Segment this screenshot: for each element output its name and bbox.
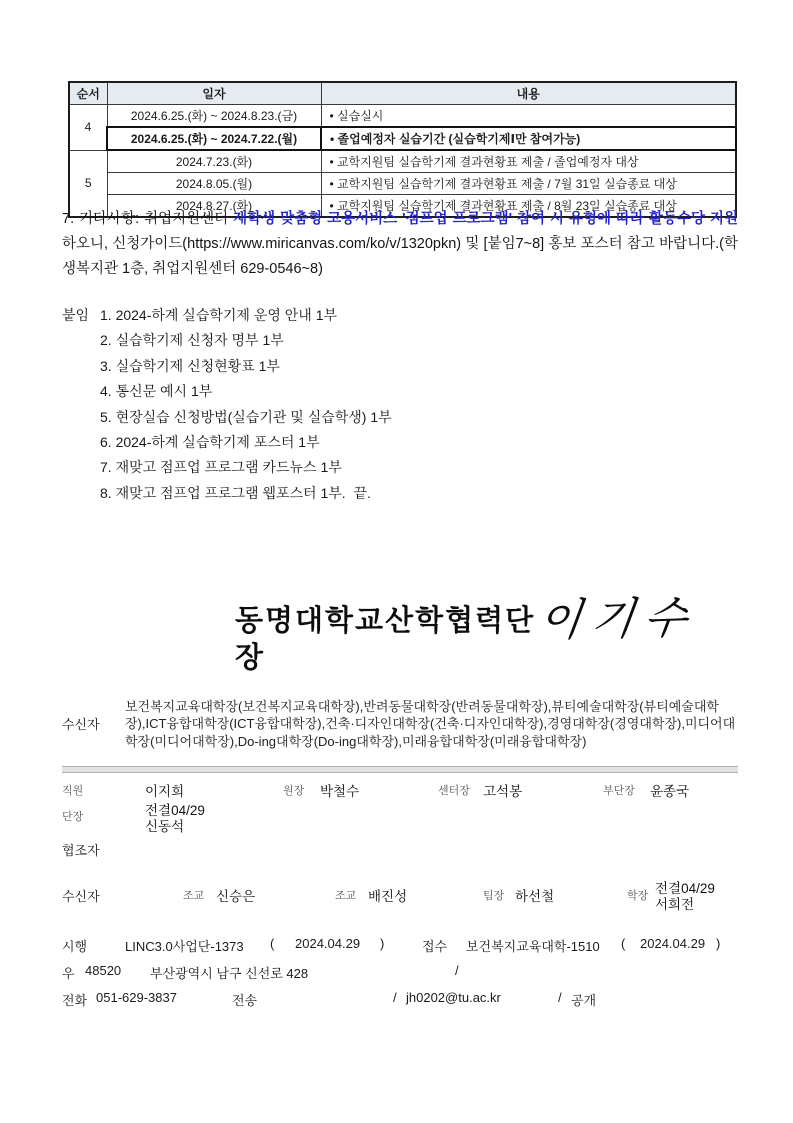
approval-name: 서희전 [655,893,694,913]
paren: ( [621,936,625,951]
content-cell: • 교학지원팀 실습학기제 결과현황표 제출 / 졸업예정자 대상 [321,150,736,173]
content-cell: • 실습실시 [321,105,736,128]
content-cell: • 교학지원팀 실습학기제 결과현황표 제출 / 7월 31일 실습종료 대상 [321,173,736,195]
slash: / [393,990,397,1005]
table-row: 2024.8.05.(월) • 교학지원팀 실습학기제 결과현황표 제출 / 7… [69,173,736,195]
recipients-block: 수신자 보건복지교육대학장(보건복지교육대학장),반려동물대학장(반려동물대학장… [62,698,738,750]
attachment-item: 7. 재맞고 점프업 프로그램 카드뉴스 1부 [100,455,392,480]
approval-role: 팀장 [483,887,504,903]
fax-label: 전송 [232,990,257,1009]
handwritten-signature: 이기수 [536,597,699,644]
date-cell: 2024.6.25.(화) ~ 2024.7.22.(월) [107,127,321,150]
phone-number: 051-629-3837 [96,990,177,1005]
approval-role: 학장 [627,887,648,903]
approval-name: 박철수 [320,780,359,800]
col-header-content: 내용 [321,82,736,105]
order-cell: 4 [69,105,107,151]
approval-role: 원장 [283,782,304,798]
attachments-block: 붙임 1. 2024-하계 실습학기제 운영 안내 1부 2. 실습학기제 신청… [62,303,702,506]
attachments-label: 붙임 [62,303,100,506]
signer-title-line2: 장 [235,642,755,675]
receipt-number: 보건복지교육대학-1510 [466,936,600,955]
approval-role: 조교 [335,887,356,903]
email-text: jh0202@tu.ac.kr [406,990,501,1005]
attachment-item: 6. 2024-하계 실습학기제 포스터 1부 [100,430,392,455]
approval-role: 조교 [183,887,204,903]
approval-name: 배진성 [368,885,407,905]
table-row: 5 2024.7.23.(화) • 교학지원팀 실습학기제 결과현황표 제출 /… [69,150,736,173]
receipt-date: 2024.04.29 [640,936,705,951]
recipients-text: 보건복지교육대학장(보건복지교육대학장),반려동물대학장(반려동물대학장),뷰티… [125,698,738,750]
attachment-item: 1. 2024-하계 실습학기제 운영 안내 1부 [100,303,392,328]
attachment-item: 5. 현장실습 신청방법(실습기관 및 실습학생) 1부 [100,405,392,430]
dispatch-date: 2024.04.29 [295,936,360,951]
cooperator-label: 협조자 [62,840,100,859]
content-cell: • 졸업예정자 실습기간 (실습학기제Ⅰ만 참여가능) [321,127,736,150]
schedule-table: 순서 일자 내용 4 2024.6.25.(화) ~ 2024.8.23.(금)… [68,81,737,218]
attachment-item: 3. 실습학기제 신청현황표 1부 [100,354,392,379]
paragraph-suffix: 하오니, 신청가이드(https://www.miricanvas.com/ko… [62,236,738,277]
attachment-item: 8. 재맞고 점프업 프로그램 웹포스터 1부. 끝. [100,481,392,506]
receipt-label: 접수 [422,936,447,955]
approval-name: 윤종국 [650,780,689,800]
approval-name: 하선철 [515,885,554,905]
approval-name: 고석봉 [483,780,522,800]
approval-name: 이지희 [145,780,184,800]
table-header-row: 순서 일자 내용 [69,82,736,105]
signer-title-line1: 동명대학교산학협력단이기수 [235,598,755,642]
date-cell: 2024.8.05.(월) [107,173,321,195]
paragraph-prefix: 7. 기타사항: 취업지원센터 [62,211,233,227]
approval-role: 부단장 [603,782,635,798]
attachment-item: 4. 통신문 예시 1부 [100,379,392,404]
postal-code: 48520 [85,963,121,978]
approval-name: 신동석 [145,815,184,835]
paren: ( [270,936,274,951]
paren: ) [716,936,720,951]
dispatch-number: LINC3.0사업단-1373 [125,936,244,955]
approval-role: 단장 [62,808,83,824]
approval-decision: 전결04/29 [655,877,715,897]
attachments-list: 1. 2024-하계 실습학기제 운영 안내 1부 2. 실습학기제 신청자 명… [100,303,392,506]
approval-name: 신승은 [216,885,255,905]
dispatch-label: 시행 [62,936,87,955]
attachment-item: 2. 실습학기제 신청자 명부 1부 [100,328,392,353]
recipients2-label: 수신자 [62,886,100,905]
recipients-label: 수신자 [62,714,125,733]
paren: ) [380,936,384,951]
paragraph-highlight: 재학생 맞춤형 고용서비스 '점프업 프로그램' 참여 시 유형에 따라 활동수… [233,211,738,227]
address-text: 부산광역시 남구 신선로 428 [150,963,308,982]
col-header-date: 일자 [107,82,321,105]
date-cell: 2024.7.23.(화) [107,150,321,173]
document-page: 순서 일자 내용 4 2024.6.25.(화) ~ 2024.8.23.(금)… [0,0,793,1123]
signature-block: 동명대학교산학협력단이기수 장 [235,598,755,675]
approval-role: 직원 [62,782,83,798]
table-row: 4 2024.6.25.(화) ~ 2024.8.23.(금) • 실습실시 [69,105,736,128]
approval-role: 센터장 [438,782,470,798]
section-divider [62,766,738,773]
signer-title-text: 동명대학교산학협력단 [235,605,535,637]
approval-decision: 전결04/29 [145,799,205,819]
slash: / [455,963,459,978]
phone-label: 전화 [62,990,87,1009]
postal-label: 우 [62,963,75,982]
date-cell: 2024.6.25.(화) ~ 2024.8.23.(금) [107,105,321,128]
table-row-bold: 2024.6.25.(화) ~ 2024.7.22.(월) • 졸업예정자 실습… [69,127,736,150]
disclosure-label: 공개 [571,990,596,1009]
slash: / [558,990,562,1005]
col-header-order: 순서 [69,82,107,105]
paragraph-etc-items: 7. 기타사항: 취업지원센터 재학생 맞춤형 고용서비스 '점프업 프로그램'… [62,207,738,282]
